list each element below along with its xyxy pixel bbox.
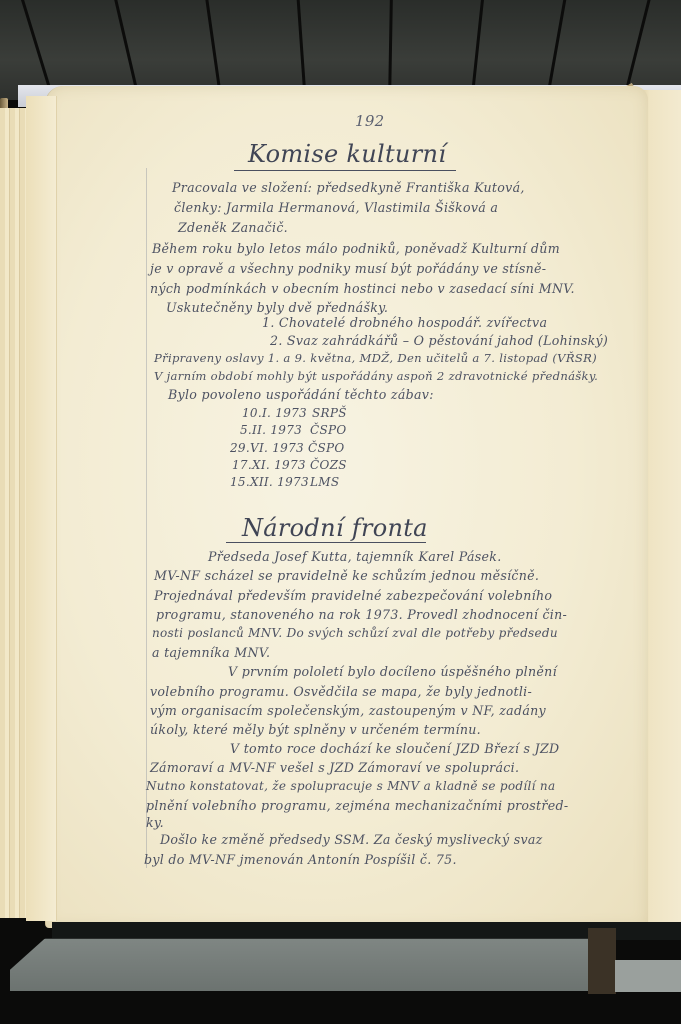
heading-underline <box>226 542 426 543</box>
event-date: 5.II. 1973 <box>240 423 302 437</box>
text-line: byl do MV-NF jmenován Antonín Pospíšil č… <box>144 852 457 867</box>
scanner-frame-corner <box>615 960 681 992</box>
scanner-frame-bottom <box>10 938 600 991</box>
page-number: 192 <box>355 112 385 130</box>
text-line: V tomto roce dochází ke sloučení JZD Bře… <box>230 741 559 756</box>
text-line: plnění volebního programu, zejména mecha… <box>146 798 568 813</box>
text-line: MV-NF scházel se pravidelně ke schůzím j… <box>154 568 539 583</box>
text-line: je v opravě a všechny podniky musí být p… <box>150 261 546 276</box>
text-line: volebního programu. Osvědčila se mapa, ž… <box>150 684 532 699</box>
heading-underline <box>234 170 456 171</box>
text-line: programu, stanoveného na rok 1973. Prove… <box>156 607 567 622</box>
text-line: Předseda Josef Kutta, tajemník Karel Pás… <box>208 549 502 564</box>
text-line: Uskutečněny byly dvě přednášky. <box>166 300 388 315</box>
event-organizer: ČSPO <box>308 441 345 455</box>
event-date: 17.XI. 1973 <box>232 458 306 472</box>
text-line: ných podmínkách v obecním hostinci nebo … <box>150 281 575 296</box>
text-line: úkoly, které měly být splněny v určeném … <box>150 722 481 737</box>
event-date: 29.VI. 1973 <box>230 441 304 455</box>
lecture-item: 2. Svaz zahrádkářů – O pěstování jahod (… <box>270 333 608 348</box>
margin-line <box>146 168 147 868</box>
text-line: V prvním pololetí bylo docíleno úspěšnéh… <box>228 664 557 679</box>
event-organizer: ČOZS <box>310 458 347 472</box>
text-line: Nutno konstatovat, že spolupracuje s MNV… <box>146 779 555 793</box>
text-line: Pracovala ve složení: předsedkyně Franti… <box>172 180 525 195</box>
text-line: nosti poslanců MNV. Do svých schůzí zval… <box>152 626 558 640</box>
event-organizer: LMS <box>310 475 339 489</box>
text-line: Zdeněk Zanačič. <box>178 220 288 235</box>
text-line: V jarním období mohly být uspořádány asp… <box>154 369 598 383</box>
text-line: Projednával především pravidelné zabezpe… <box>154 588 552 603</box>
text-line: Připraveny oslavy 1. a 9. května, MDŽ, D… <box>154 351 597 365</box>
book-strap <box>588 928 616 994</box>
text-line: Došlo ke změně předsedy SSM. Za český my… <box>160 832 543 847</box>
text-line: ky. <box>146 815 164 830</box>
text-line: Během roku bylo letos málo podniků, poně… <box>152 241 560 256</box>
event-organizer: ČSPO <box>310 423 347 437</box>
scanner-glass-edge <box>52 922 681 940</box>
event-date: 15.XII. 1973 <box>230 475 309 489</box>
text-line: členky: Jarmila Hermanová, Vlastimila Ši… <box>174 200 498 215</box>
event-date: 10.I. 1973 <box>242 406 307 420</box>
text-line: Bylo povoleno uspořádání těchto zábav: <box>168 387 434 402</box>
text-line: Zámoraví a MV-NF vešel s JZD Zámoraví ve… <box>150 760 519 775</box>
page-gutter <box>26 96 57 921</box>
event-organizer: SRPŠ <box>312 406 347 420</box>
section-title-narodni-fronta: Národní fronta <box>242 514 428 542</box>
lecture-item: 1. Chovatelé drobného hospodář. zvířectv… <box>262 315 547 330</box>
text-line: vým organisacím společenským, zastoupený… <box>150 703 546 718</box>
section-title-komise-kulturni: Komise kulturní <box>248 140 446 168</box>
text-line: a tajemníka MNV. <box>152 645 270 660</box>
